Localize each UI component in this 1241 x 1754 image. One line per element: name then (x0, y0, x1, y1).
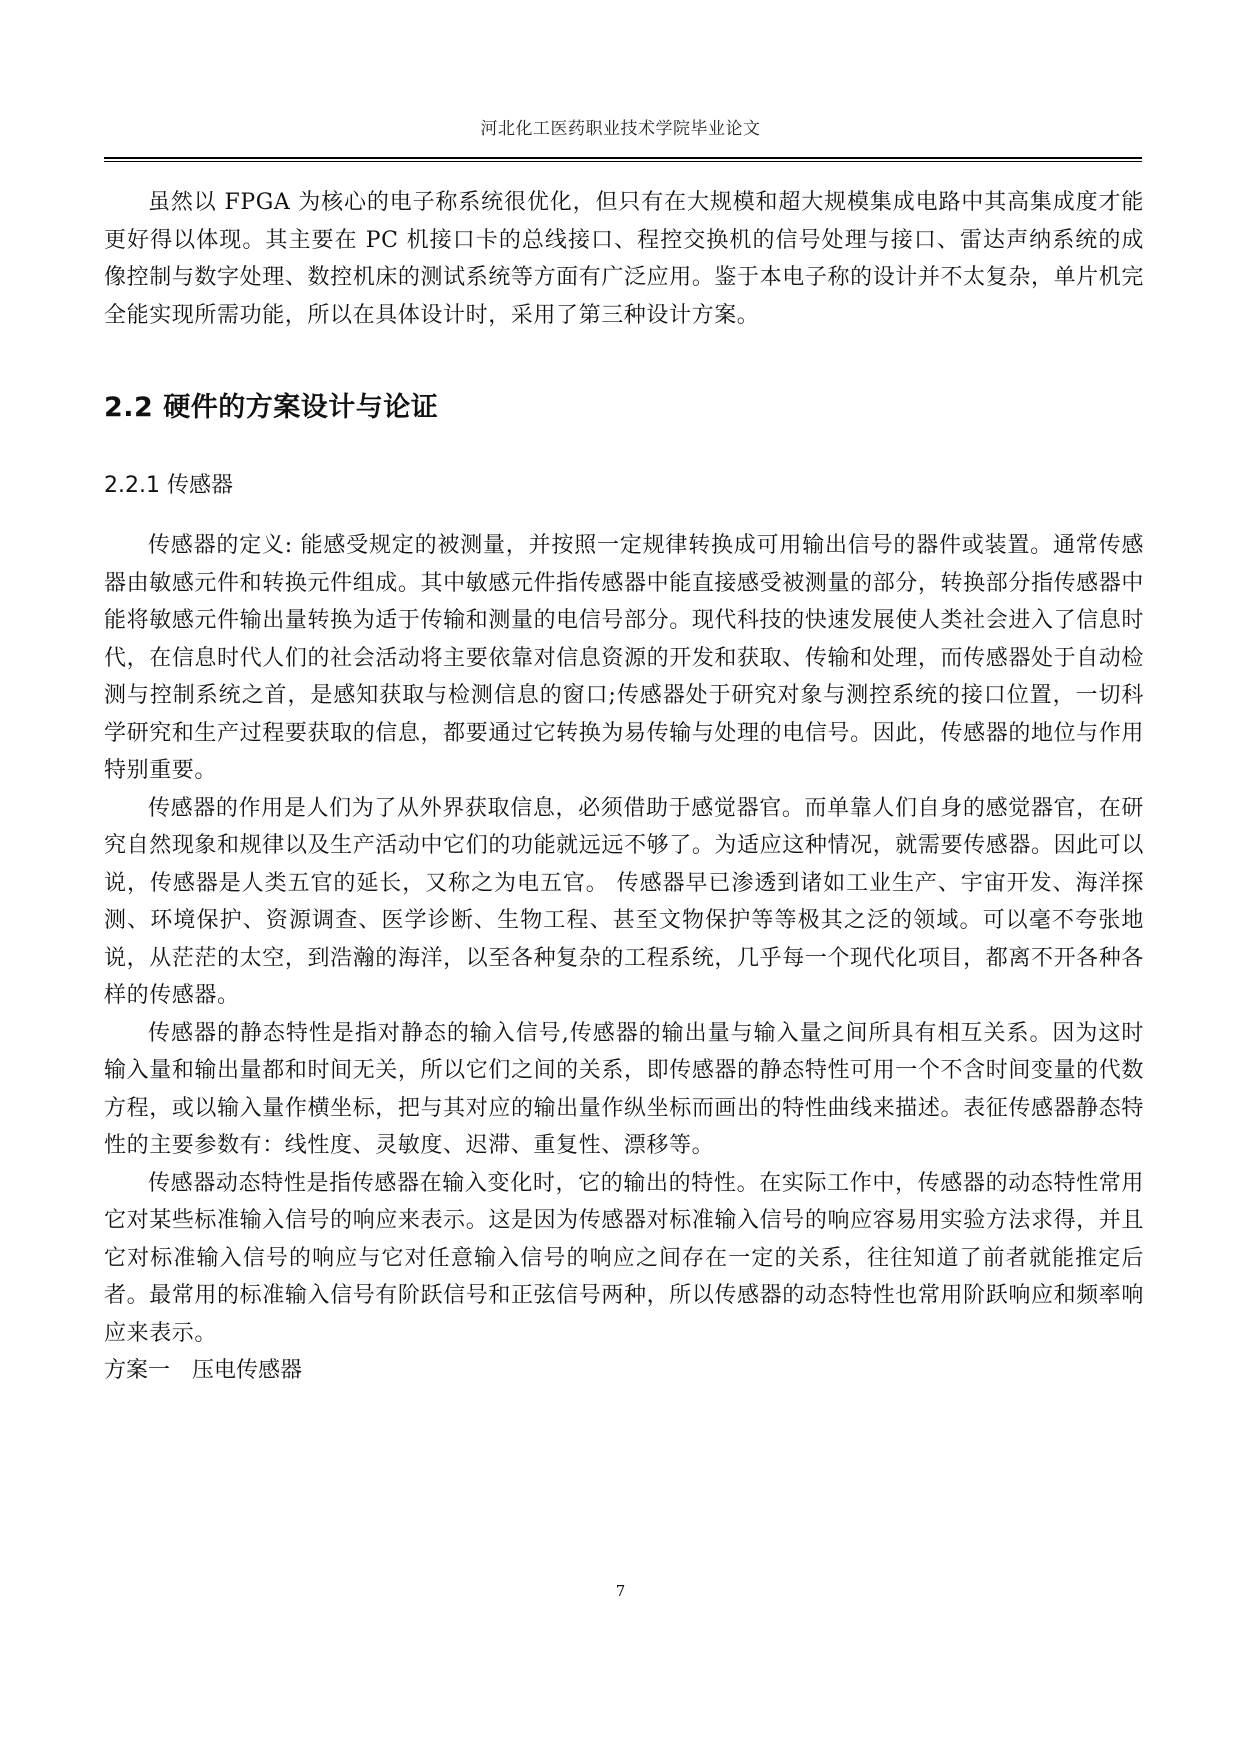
subsection-heading: 2.2.1 传感器 (104, 468, 233, 499)
paragraph-dynamic: 传感器动态特性是指传感器在输入变化时，它的输出的特性。在实际工作中，传感器的动态… (104, 1165, 1144, 1353)
body-text: 传感器的定义: 能感受规定的被测量，并按照一定规律转换成可用输出信号的器件或装置… (104, 527, 1144, 1390)
plan-heading: 方案一 压电传感器 (104, 1352, 1144, 1390)
paragraph-definition: 传感器的定义: 能感受规定的被测量，并按照一定规律转换成可用输出信号的器件或装置… (104, 527, 1144, 790)
intro-block: 虽然以 FPGA 为核心的电子称系统很优化，但只有在大规模和超大规模集成电路中其… (104, 184, 1144, 334)
section-heading: 2.2 硬件的方案设计与论证 (104, 385, 438, 424)
page-number: 7 (0, 1582, 1241, 1600)
paragraph-function: 传感器的作用是人们为了从外界获取信息，必须借助于感觉器官。而单靠人们自身的感觉器… (104, 790, 1144, 1015)
intro-paragraph: 虽然以 FPGA 为核心的电子称系统很优化，但只有在大规模和超大规模集成电路中其… (104, 184, 1144, 334)
page-header-title: 河北化工医药职业技术学院毕业论文 (0, 114, 1241, 139)
paragraph-static: 传感器的静态特性是指对静态的输入信号,传感器的输出量与输入量之间所具有相互关系。… (104, 1015, 1144, 1165)
header-rule-thick (104, 157, 1142, 159)
header-rule-thin (104, 161, 1142, 162)
